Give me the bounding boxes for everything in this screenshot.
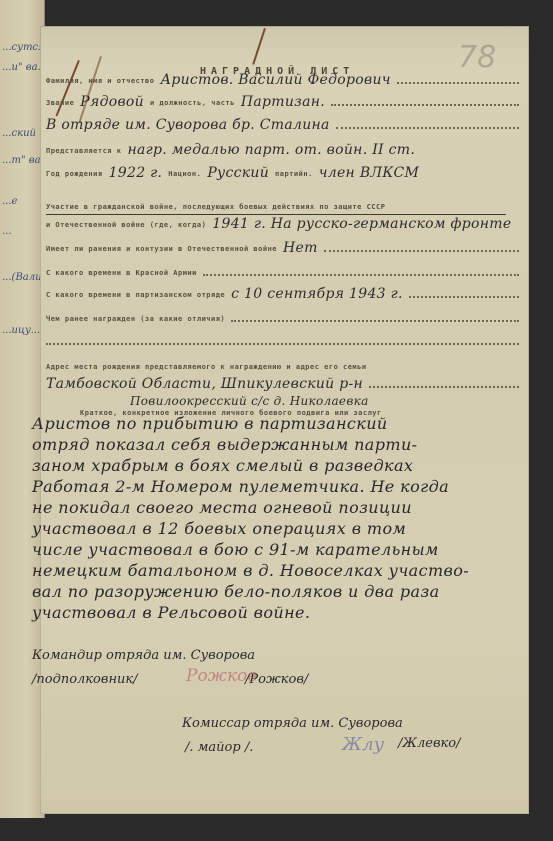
field-value: 1941 г. На русско-германском фронте <box>212 216 511 232</box>
field-value: с 10 сентября 1943 г. <box>231 286 403 302</box>
narrative-line: вал по разоружению бело-поляков и два ра… <box>32 582 512 603</box>
field-label: и Отечественной войне (где, когда) <box>46 221 206 232</box>
dotted-line <box>397 82 519 84</box>
field-value: Партизан. <box>241 94 325 110</box>
field-participation: Участие в гражданской войне, последующих… <box>46 194 519 214</box>
feat-narrative: Аристов по прибытию в партизанский отряд… <box>32 414 512 624</box>
field-previous-awards: Чем ранее награжден (за какие отличия) <box>46 306 519 326</box>
prev-page-text: ...ицу... <box>2 325 40 336</box>
narrative-line: числе участвовал в бою с 91-м карательны… <box>32 540 512 561</box>
prev-page-text: ...сутся <box>2 42 45 53</box>
field-value: нагр. медалью парт. от. войн. II ст. <box>127 142 415 158</box>
field-value: Аристов. Василий Федорович <box>160 72 390 88</box>
field-value: Рядовой <box>80 94 144 110</box>
prev-page-text: ...(Вали <box>2 272 42 283</box>
field-wounds: Имеет ли ранения и контузии в Отечествен… <box>46 236 519 256</box>
field-label: и должность, часть <box>150 99 235 110</box>
prev-page-text: ...е <box>2 196 17 207</box>
field-value: В отряде им. Суворова бр. Сталина <box>46 117 330 133</box>
paper-stain <box>40 26 529 66</box>
field-label: Год рождения <box>46 170 103 181</box>
dotted-line <box>331 104 519 106</box>
field-label: партийн. <box>275 170 313 181</box>
field-label: С какого времени в партизанском отряде <box>46 291 225 302</box>
field-red-army-since: С какого времени в Красной Армии <box>46 260 519 280</box>
field-label: Имеет ли ранения и контузии в Отечествен… <box>46 245 277 256</box>
narrative-line: не покидал своего места огневой позиции <box>32 498 512 519</box>
field-value: Русский <box>207 165 269 181</box>
field-label: Звание <box>46 99 74 110</box>
narrative-line: Аристов по прибытию в партизанский <box>32 414 512 435</box>
field-blank <box>46 329 519 349</box>
prev-page-text: ... <box>2 226 12 237</box>
field-unit: В отряде им. Суворова бр. Сталина <box>46 113 519 133</box>
narrative-line: участвовал в Рельсовой войне. <box>32 603 512 624</box>
commissar-rank: /. майор /. <box>185 740 253 755</box>
dotted-line <box>46 343 519 345</box>
field-label: Чем ранее награжден (за какие отличия) <box>46 315 225 326</box>
field-value: Нет <box>283 240 318 256</box>
field-award: Представляется к нагр. медалью парт. от.… <box>46 138 519 158</box>
dotted-line <box>409 296 519 298</box>
field-address-label: Адрес места рождения представляемого к н… <box>46 354 519 374</box>
commander-title: Командир отряда им. Суворова <box>32 648 255 663</box>
commissar-name: /Жлевко/ <box>398 736 461 751</box>
dotted-line <box>203 274 519 276</box>
field-label: С какого времени в Красной Армии <box>46 269 197 280</box>
field-label: Фамилия, имя и отчество <box>46 77 154 88</box>
commander-name: /Рожков/ <box>245 672 308 687</box>
field-rank: Звание Рядовой и должность, часть Партиз… <box>46 90 519 110</box>
dotted-line <box>231 320 519 322</box>
narrative-line: немецким батальоном в д. Новоселках учас… <box>32 561 512 582</box>
field-birth-year: Год рождения 1922 г. Национ. Русский пар… <box>46 161 519 181</box>
narrative-line: заном храбрым в боях смелый в разведках <box>32 456 512 477</box>
dotted-line <box>324 250 519 252</box>
narrative-line: Работая 2-м Номером пулеметчика. Не когд… <box>32 477 512 498</box>
previous-page-edge: ...сутся ...и" ва... ...ский ...т" вали … <box>0 0 45 818</box>
commander-rank: /подполковник/ <box>32 672 138 687</box>
field-value: 1922 г. <box>109 165 163 181</box>
dotted-line <box>336 127 519 129</box>
narrative-line: участвовал в 12 боевых операциях в том <box>32 519 512 540</box>
field-partisan-since: С какого времени в партизанском отряде с… <box>46 282 519 302</box>
commissar-title: Комиссар отряда им. Суворова <box>182 716 403 731</box>
prev-page-text: ...ский <box>2 128 36 139</box>
field-full-name: Фамилия, имя и отчество Аристов. Василий… <box>46 68 519 88</box>
prev-page-text: ...и" ва... <box>2 62 45 73</box>
field-label: Представляется к <box>46 147 121 158</box>
field-value: член ВЛКСМ <box>319 165 419 181</box>
narrative-line: отряд показал себя выдержанным парти- <box>32 435 512 456</box>
field-label: Национ. <box>168 170 201 181</box>
commissar-signature: Жлу <box>342 734 384 755</box>
field-patriotic-war: и Отечественной войне (где, когда) 1941 … <box>46 212 519 232</box>
prev-page-text: ...т" вали <box>2 155 45 166</box>
award-sheet: 78 НАГРАДНОЙ ЛИСТ Фамилия, имя и отчеств… <box>40 26 529 814</box>
